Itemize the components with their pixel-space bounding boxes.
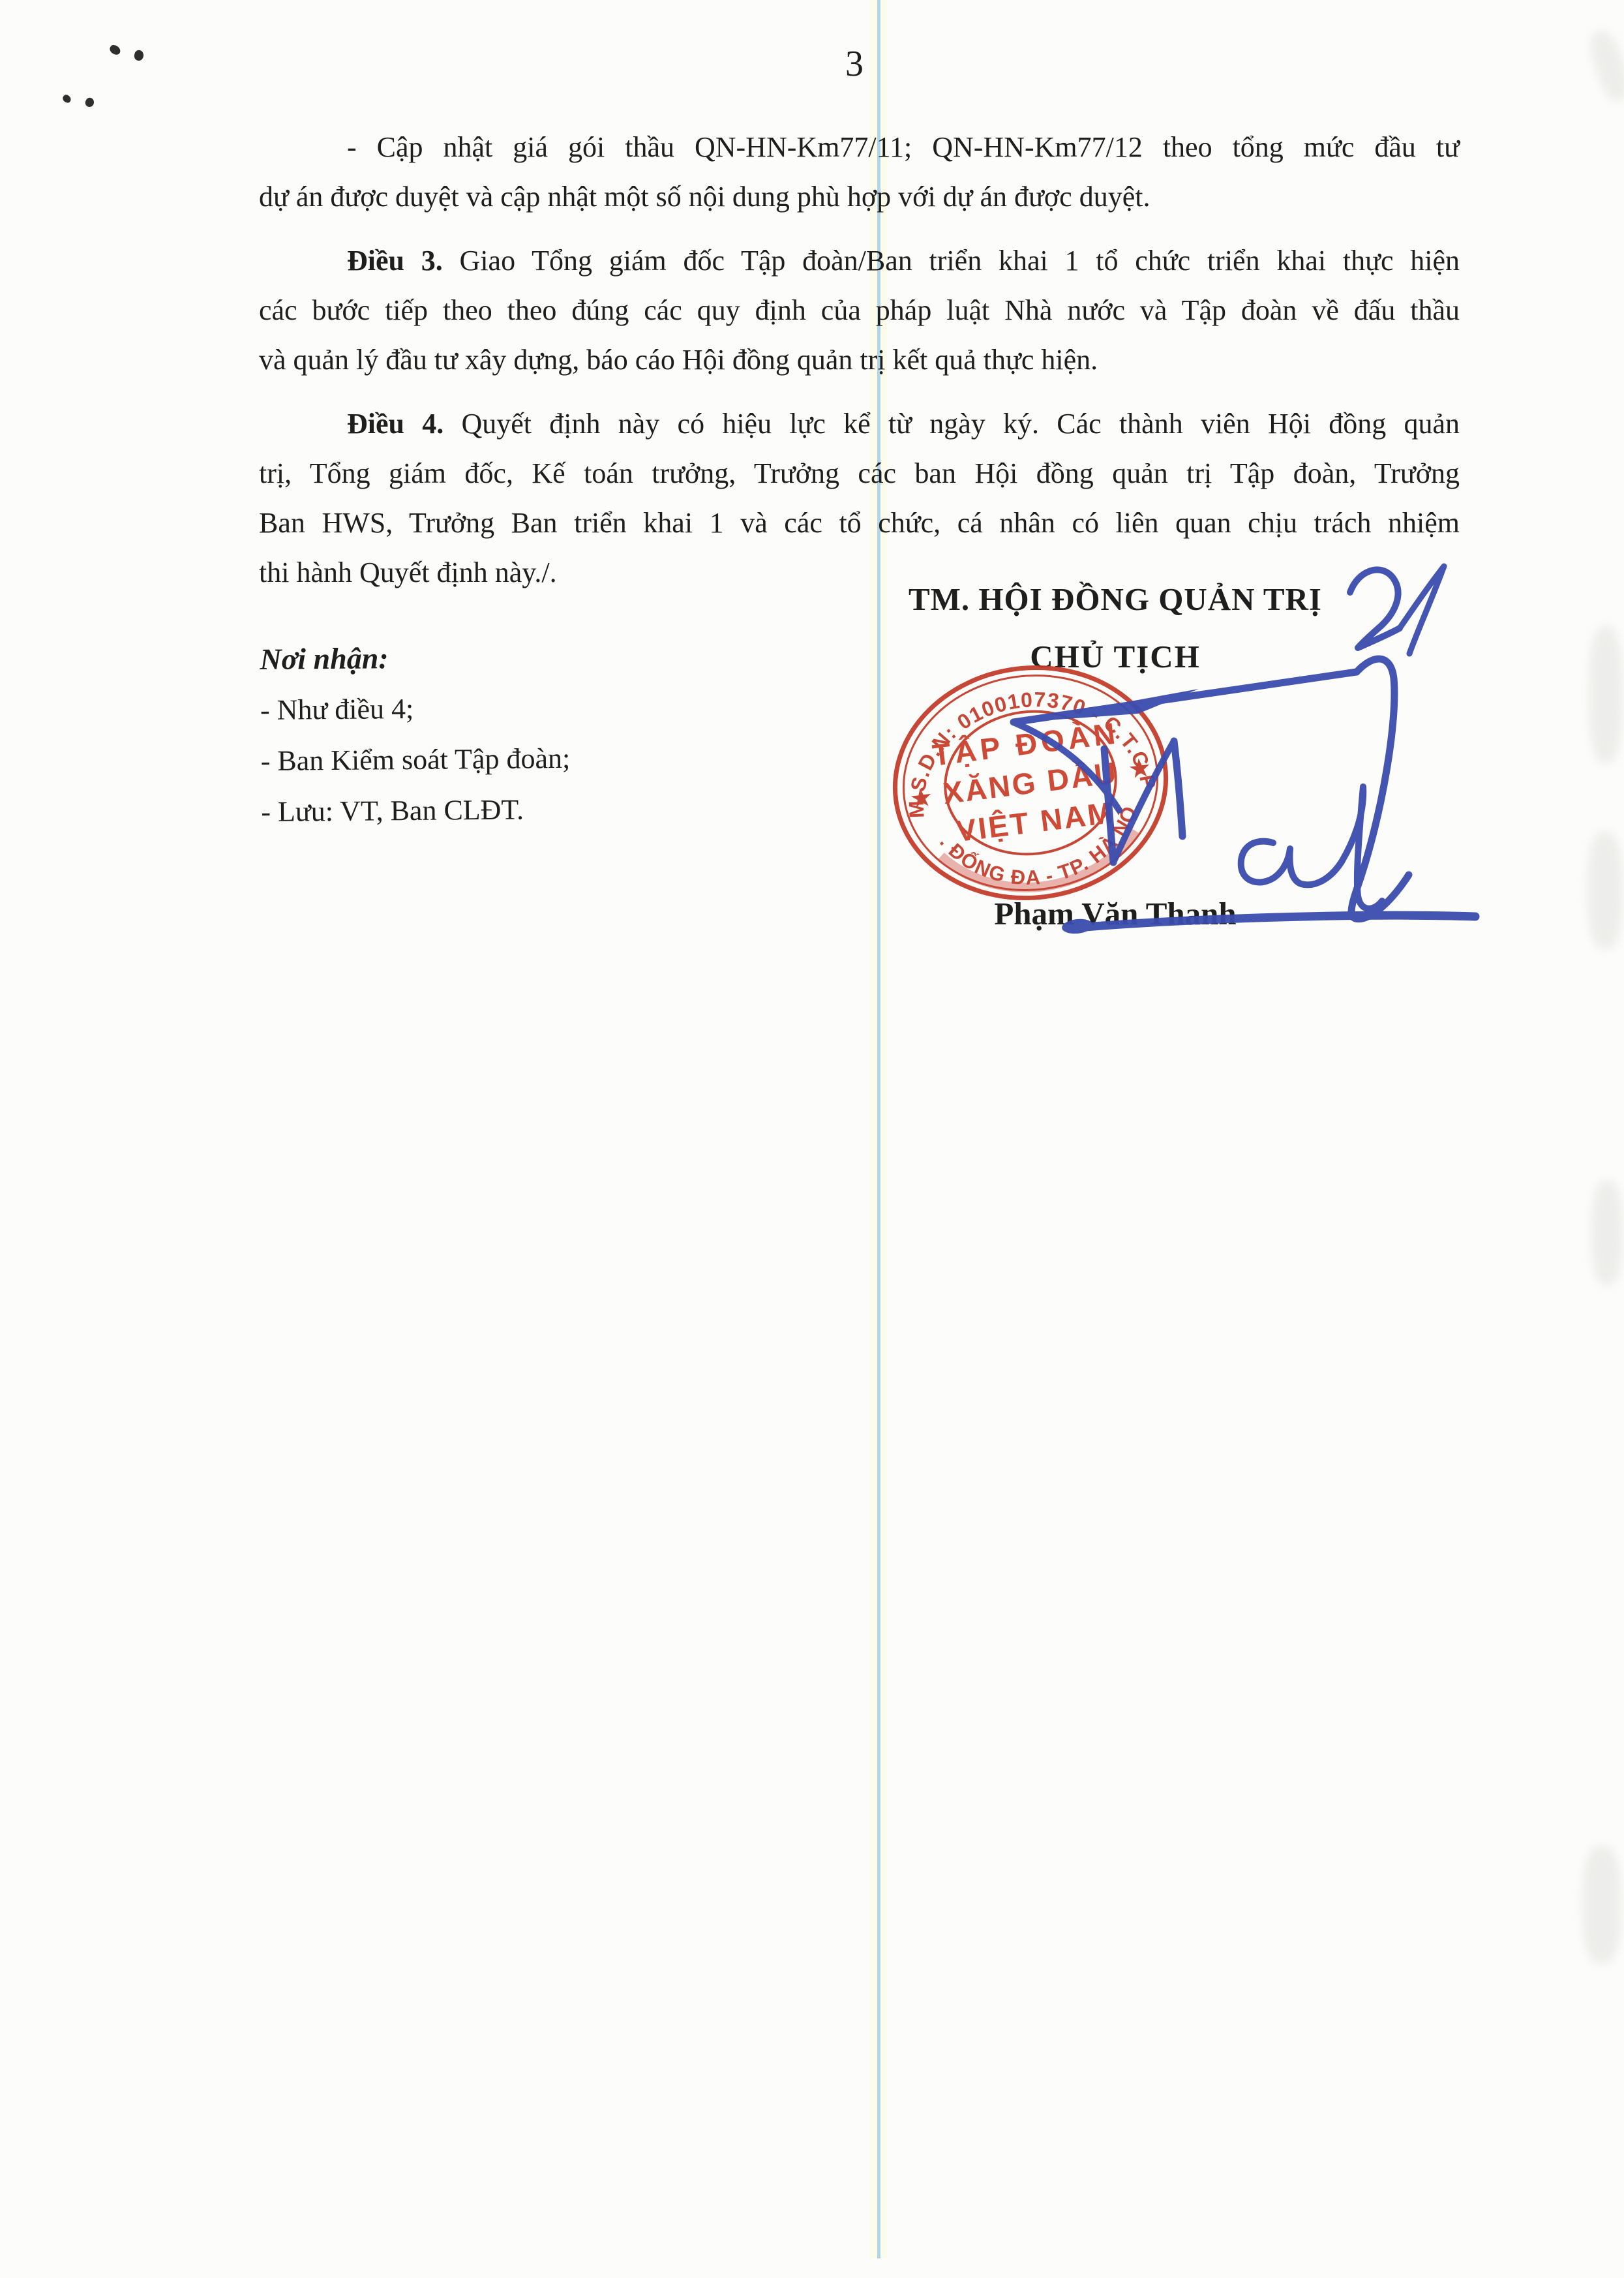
body-line-text: và quản lý đầu tư xây dựng, báo cáo Hội … bbox=[259, 344, 1098, 376]
article-label: Điều 3. bbox=[347, 245, 443, 277]
body-line-text: Giao Tổng giám đốc Tập đoàn/Ban triển kh… bbox=[443, 245, 1460, 277]
body-line-text: dự án được duyệt và cập nhật một số nội … bbox=[259, 181, 1150, 213]
signature-arrowhead bbox=[1012, 689, 1199, 723]
ink-speck bbox=[133, 50, 144, 62]
body-line: Điều 4. Quyết định này có hiệu lực kể từ… bbox=[259, 399, 1460, 449]
body-line: các bước tiếp theo theo đúng các quy địn… bbox=[259, 286, 1460, 335]
scan-smudge bbox=[1582, 1846, 1621, 1964]
ink-speck bbox=[61, 93, 72, 104]
signer-title: CHỦ TỊCH bbox=[880, 634, 1350, 680]
recipients-block: Nơi nhận: - Như điều 4; - Ban Kiểm soát … bbox=[260, 630, 757, 838]
body-line-text: các bước tiếp theo theo đúng các quy địn… bbox=[259, 294, 1460, 326]
body-line-text: Quyết định này có hiệu lực kể từ ngày ký… bbox=[444, 408, 1460, 440]
stamp-ring-text-top: M.S.D.N: 0100107370 - C.T.C.P bbox=[891, 673, 1161, 821]
stamp-center-line-2: XĂNG DẦU bbox=[941, 755, 1120, 810]
scanned-document-page: 3 - Cập nhật giá gói thầu QN-HN-Km77/11;… bbox=[0, 0, 1624, 2278]
page-number: 3 bbox=[809, 43, 900, 85]
body-line-text: Ban HWS, Trưởng Ban triển khai 1 và các … bbox=[259, 507, 1460, 539]
recipient-item: - Như điều 4; bbox=[260, 680, 757, 736]
scan-smudge bbox=[1587, 832, 1623, 949]
signature-heading-block: TM. HỘI ĐỒNG QUẢN TRỊ CHỦ TỊCH bbox=[880, 577, 1350, 680]
article-label: Điều 4. bbox=[347, 408, 444, 440]
scan-smudge bbox=[1589, 626, 1623, 763]
company-stamp: M.S.D.N: 0100107370 - C.T.C.P Q. ĐỐNG ĐA… bbox=[882, 652, 1179, 913]
recipient-item: - Lưu: VT, Ban CLĐT. bbox=[261, 782, 757, 838]
signing-authority: TM. HỘI ĐỒNG QUẢN TRỊ bbox=[880, 577, 1350, 622]
stamp-star-left-icon: ★ bbox=[908, 782, 935, 814]
stamp-star-right-icon: ★ bbox=[1126, 752, 1153, 784]
stamp-center-line-1: TẬP ĐOÀN bbox=[931, 716, 1121, 772]
document-body: - Cập nhật giá gói thầu QN-HN-Km77/11; Q… bbox=[259, 123, 1460, 612]
stamp-smudge bbox=[940, 830, 1140, 898]
stamp-center-line-3: VIỆT NAM bbox=[954, 795, 1116, 848]
paragraph: Điều 4. Quyết định này có hiệu lực kể từ… bbox=[259, 399, 1460, 598]
scan-smudge bbox=[1585, 27, 1624, 104]
body-line: Ban HWS, Trưởng Ban triển khai 1 và các … bbox=[259, 498, 1460, 548]
body-line-text: - Cập nhật giá gói thầu QN-HN-Km77/11; Q… bbox=[347, 131, 1460, 163]
body-line: dự án được duyệt và cập nhật một số nội … bbox=[259, 172, 1460, 222]
recipients-heading: Nơi nhận: bbox=[260, 630, 756, 685]
body-line: trị, Tổng giám đốc, Kế toán trưởng, Trưở… bbox=[259, 449, 1460, 498]
body-line: và quản lý đầu tư xây dựng, báo cáo Hội … bbox=[259, 335, 1460, 385]
paragraph: - Cập nhật giá gói thầu QN-HN-Km77/11; Q… bbox=[259, 123, 1460, 222]
paragraph: Điều 3. Giao Tổng giám đốc Tập đoàn/Ban … bbox=[259, 236, 1460, 385]
ink-speck bbox=[83, 97, 95, 108]
body-line: Điều 3. Giao Tổng giám đốc Tập đoàn/Ban … bbox=[259, 236, 1460, 286]
recipient-item: - Ban Kiểm soát Tập đoàn; bbox=[260, 731, 757, 787]
body-line: - Cập nhật giá gói thầu QN-HN-Km77/11; Q… bbox=[259, 123, 1460, 172]
signer-name: Phạm Văn Thanh bbox=[913, 895, 1317, 932]
stamp-ring-text-bottom: Q. ĐỐNG ĐA - TP. HÀ NỘI bbox=[927, 752, 1149, 900]
scan-smudge bbox=[1591, 1181, 1623, 1285]
body-line-text: thi hành Quyết định này./. bbox=[259, 556, 557, 588]
body-line-text: trị, Tổng giám đốc, Kế toán trưởng, Trưở… bbox=[259, 457, 1460, 489]
ink-speck bbox=[108, 43, 122, 56]
signature-ink bbox=[1012, 659, 1475, 935]
